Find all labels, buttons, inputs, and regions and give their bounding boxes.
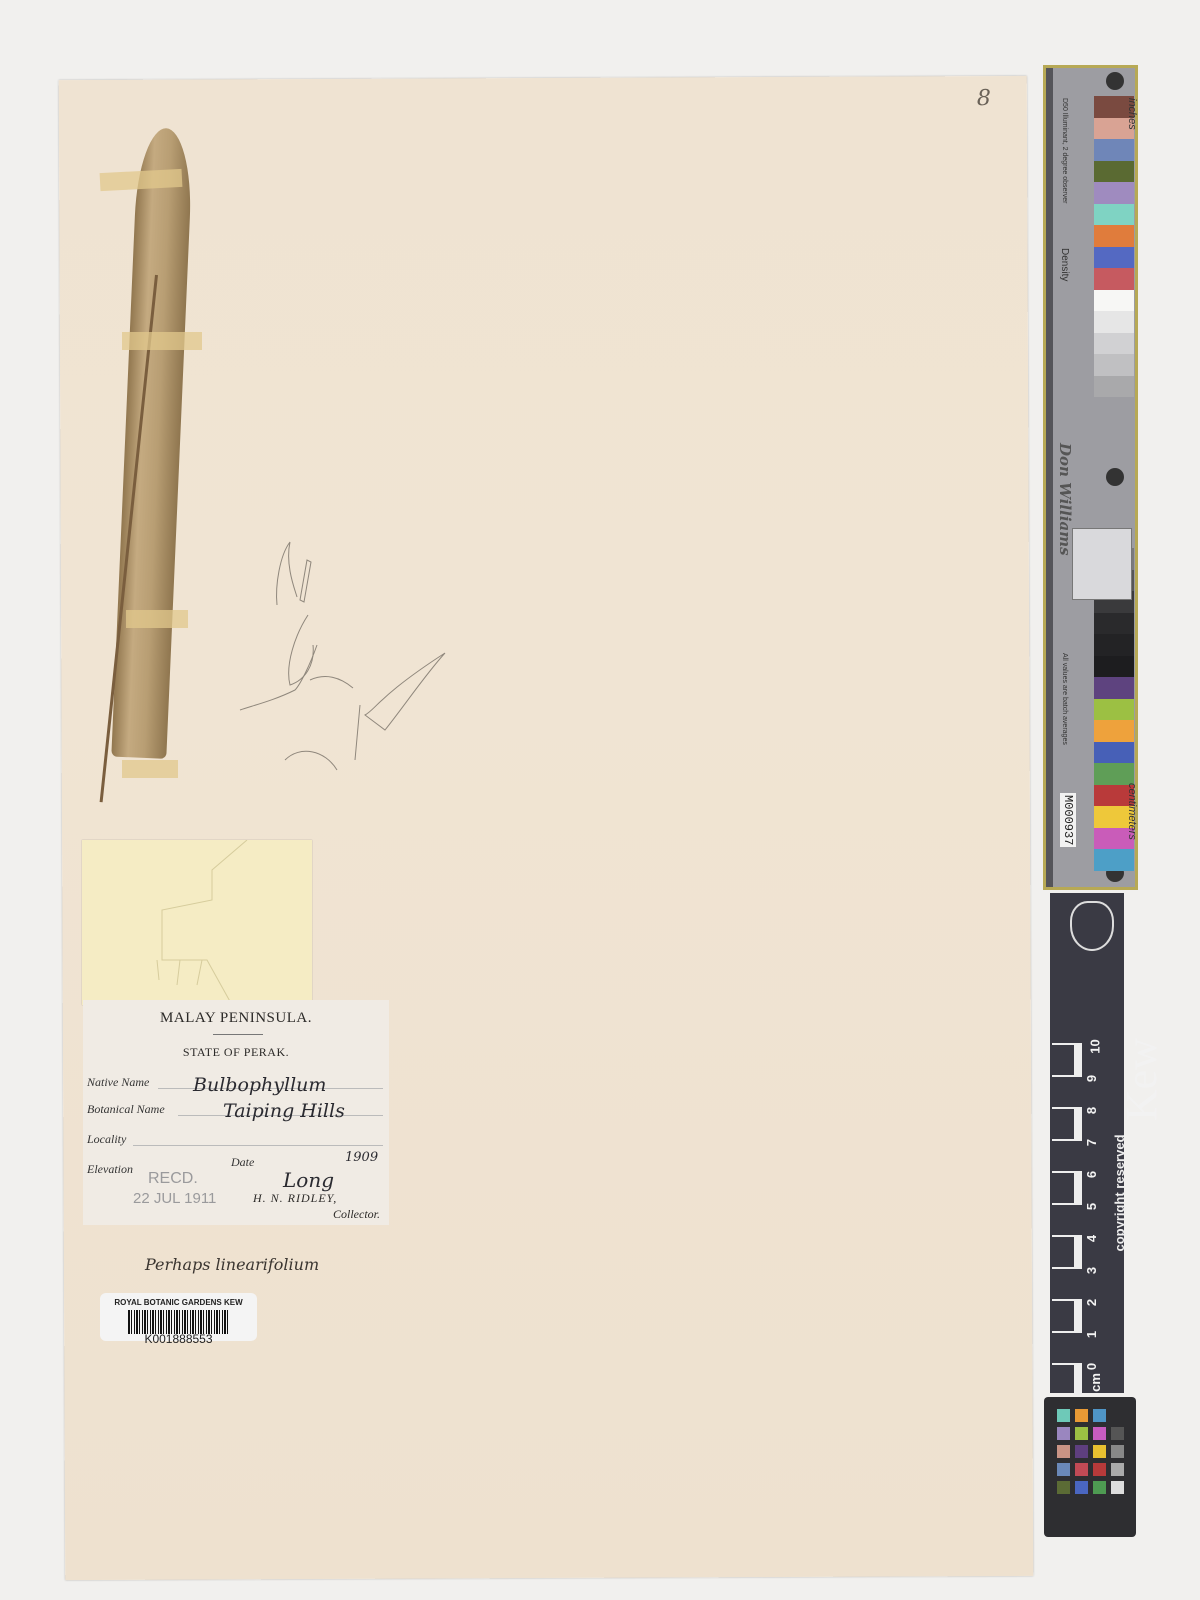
locality-field: Locality <box>87 1132 126 1147</box>
received-stamp: RECD. <box>148 1170 198 1188</box>
color-patch <box>1094 139 1134 161</box>
color-calibration-ruler: inches centimeters D50 Illuminant, 2 deg… <box>1043 65 1138 890</box>
scale-segment <box>1052 1139 1082 1171</box>
checker-square <box>1057 1445 1070 1458</box>
checker-square <box>1057 1481 1070 1494</box>
ruler-id: M000937 <box>1060 793 1076 847</box>
scale-tick-label: 1 <box>1084 1331 1099 1338</box>
ruler-hole <box>1106 72 1124 90</box>
label-state: STATE OF PERAK. <box>83 1045 389 1060</box>
unit-label: cm <box>1088 1373 1103 1392</box>
color-patch <box>1094 656 1134 678</box>
label-region: MALAY PENINSULA. <box>83 1010 389 1027</box>
received-date-stamp: 22 JUL 1911 <box>133 1190 216 1207</box>
barcode <box>128 1310 230 1334</box>
copyright-text: copyright reserved <box>1112 1134 1127 1251</box>
botanical-name-field: Botanical Name <box>87 1102 165 1117</box>
checker-square <box>1075 1481 1088 1494</box>
checker-square <box>1057 1463 1070 1476</box>
checker-square <box>1093 1427 1106 1440</box>
native-name-field: Native Name <box>87 1075 149 1090</box>
centimeters-label: centimeters <box>1126 783 1138 840</box>
scale-segment <box>1052 1267 1082 1299</box>
color-patch <box>1094 333 1134 355</box>
centimeter-scale: 109876543210 <box>1052 1043 1082 1383</box>
elevation-field: Elevation <box>87 1162 133 1177</box>
illuminant-note: D50 Illuminant, 2 degree observer <box>1061 98 1068 203</box>
herbarium-sheet: 8 <box>59 76 1034 1580</box>
color-patch <box>1094 720 1134 742</box>
collector-name: H. N. RIDLEY, <box>253 1191 337 1206</box>
label-divider <box>213 1034 263 1035</box>
date-value: 1909 <box>345 1150 378 1165</box>
scale-tick-label: 7 <box>1084 1139 1099 1146</box>
botanical-name-value: Bulbophyllum <box>193 1074 326 1096</box>
color-patch <box>1094 225 1134 247</box>
scale-tick-label: 2 <box>1084 1299 1099 1306</box>
scale-segment <box>1052 1331 1082 1363</box>
scale-segment <box>1052 1363 1082 1395</box>
checker-square <box>1075 1463 1088 1476</box>
kew-wordmark: Kew <box>1116 1038 1167 1121</box>
checker-square <box>1111 1427 1124 1440</box>
scale-segment <box>1052 1107 1082 1139</box>
collection-label: MALAY PENINSULA. STATE OF PERAK. Native … <box>83 1000 389 1225</box>
scale-segment <box>1052 1075 1082 1107</box>
date-note: Long <box>283 1168 334 1192</box>
batch-note: All values are batch averages <box>1061 653 1068 745</box>
checker-square <box>1093 1463 1106 1476</box>
color-patch <box>1094 763 1134 785</box>
scale-segment <box>1052 1043 1082 1075</box>
checker-square <box>1093 1409 1106 1422</box>
scale-tick-label: 8 <box>1084 1107 1099 1114</box>
color-patch <box>1094 376 1134 398</box>
color-patch <box>1094 634 1134 656</box>
density-label: Density <box>1059 248 1070 281</box>
determination-annotation: Perhaps linearifolium <box>145 1255 319 1274</box>
color-patch <box>1094 290 1134 312</box>
scale-segment <box>1052 1203 1082 1235</box>
checker-square <box>1111 1409 1124 1422</box>
tape-strip <box>122 332 202 350</box>
ruler-hole <box>1106 468 1124 486</box>
checker-square <box>1075 1409 1088 1422</box>
kew-crest-icon <box>1070 901 1114 951</box>
color-patch <box>1094 699 1134 721</box>
scale-tick-label: 0 <box>1084 1363 1099 1370</box>
inches-label: inches <box>1126 98 1138 130</box>
tape-strip <box>122 760 178 778</box>
color-patch <box>1094 204 1134 226</box>
color-patch <box>1094 677 1134 699</box>
pencil-sketch <box>225 515 455 775</box>
checker-square <box>1111 1445 1124 1458</box>
date-field: Date <box>231 1155 254 1170</box>
ruler-reference-block <box>1072 528 1132 600</box>
checker-square <box>1057 1427 1070 1440</box>
color-patch <box>1094 742 1134 764</box>
checker-square <box>1075 1427 1088 1440</box>
color-patches-top <box>1094 96 1134 397</box>
checker-square <box>1093 1445 1106 1458</box>
color-patch <box>1094 354 1134 376</box>
checker-square <box>1111 1481 1124 1494</box>
checker-square <box>1057 1409 1070 1422</box>
color-patch <box>1094 311 1134 333</box>
color-patch <box>1094 247 1134 269</box>
scale-segment <box>1052 1235 1082 1267</box>
sheet-number: 8 <box>977 86 991 111</box>
collector-title: Collector. <box>333 1207 380 1222</box>
checker-square <box>1111 1463 1124 1476</box>
scale-tick-label: 10 <box>1088 1039 1103 1053</box>
color-patch <box>1094 182 1134 204</box>
scale-tick-label: 6 <box>1084 1171 1099 1178</box>
color-patch <box>1094 268 1134 290</box>
scale-segment <box>1052 1299 1082 1331</box>
checker-square <box>1075 1445 1088 1458</box>
kew-scale-bar: Kew copyright reserved 109876543210 cm <box>1050 893 1124 1393</box>
barcode-institution: ROYAL BOTANIC GARDENS KEW <box>100 1298 257 1307</box>
color-checker-card <box>1044 1397 1136 1537</box>
scale-tick-label: 3 <box>1084 1267 1099 1274</box>
scale-tick-label: 4 <box>1084 1235 1099 1242</box>
specimen-packet <box>82 840 312 1005</box>
scale-tick-label: 5 <box>1084 1203 1099 1210</box>
barcode-number: K001888553 <box>100 1332 257 1346</box>
color-patch <box>1094 849 1134 871</box>
tape-strip <box>126 610 188 628</box>
scale-segment <box>1052 1171 1082 1203</box>
color-patch <box>1094 613 1134 635</box>
checker-square <box>1093 1481 1106 1494</box>
scale-tick-label: 9 <box>1084 1075 1099 1082</box>
locality-value: Taiping Hills <box>223 1100 345 1122</box>
color-patch <box>1094 161 1134 183</box>
barcode-label: ROYAL BOTANIC GARDENS KEW K001888553 <box>100 1293 257 1341</box>
